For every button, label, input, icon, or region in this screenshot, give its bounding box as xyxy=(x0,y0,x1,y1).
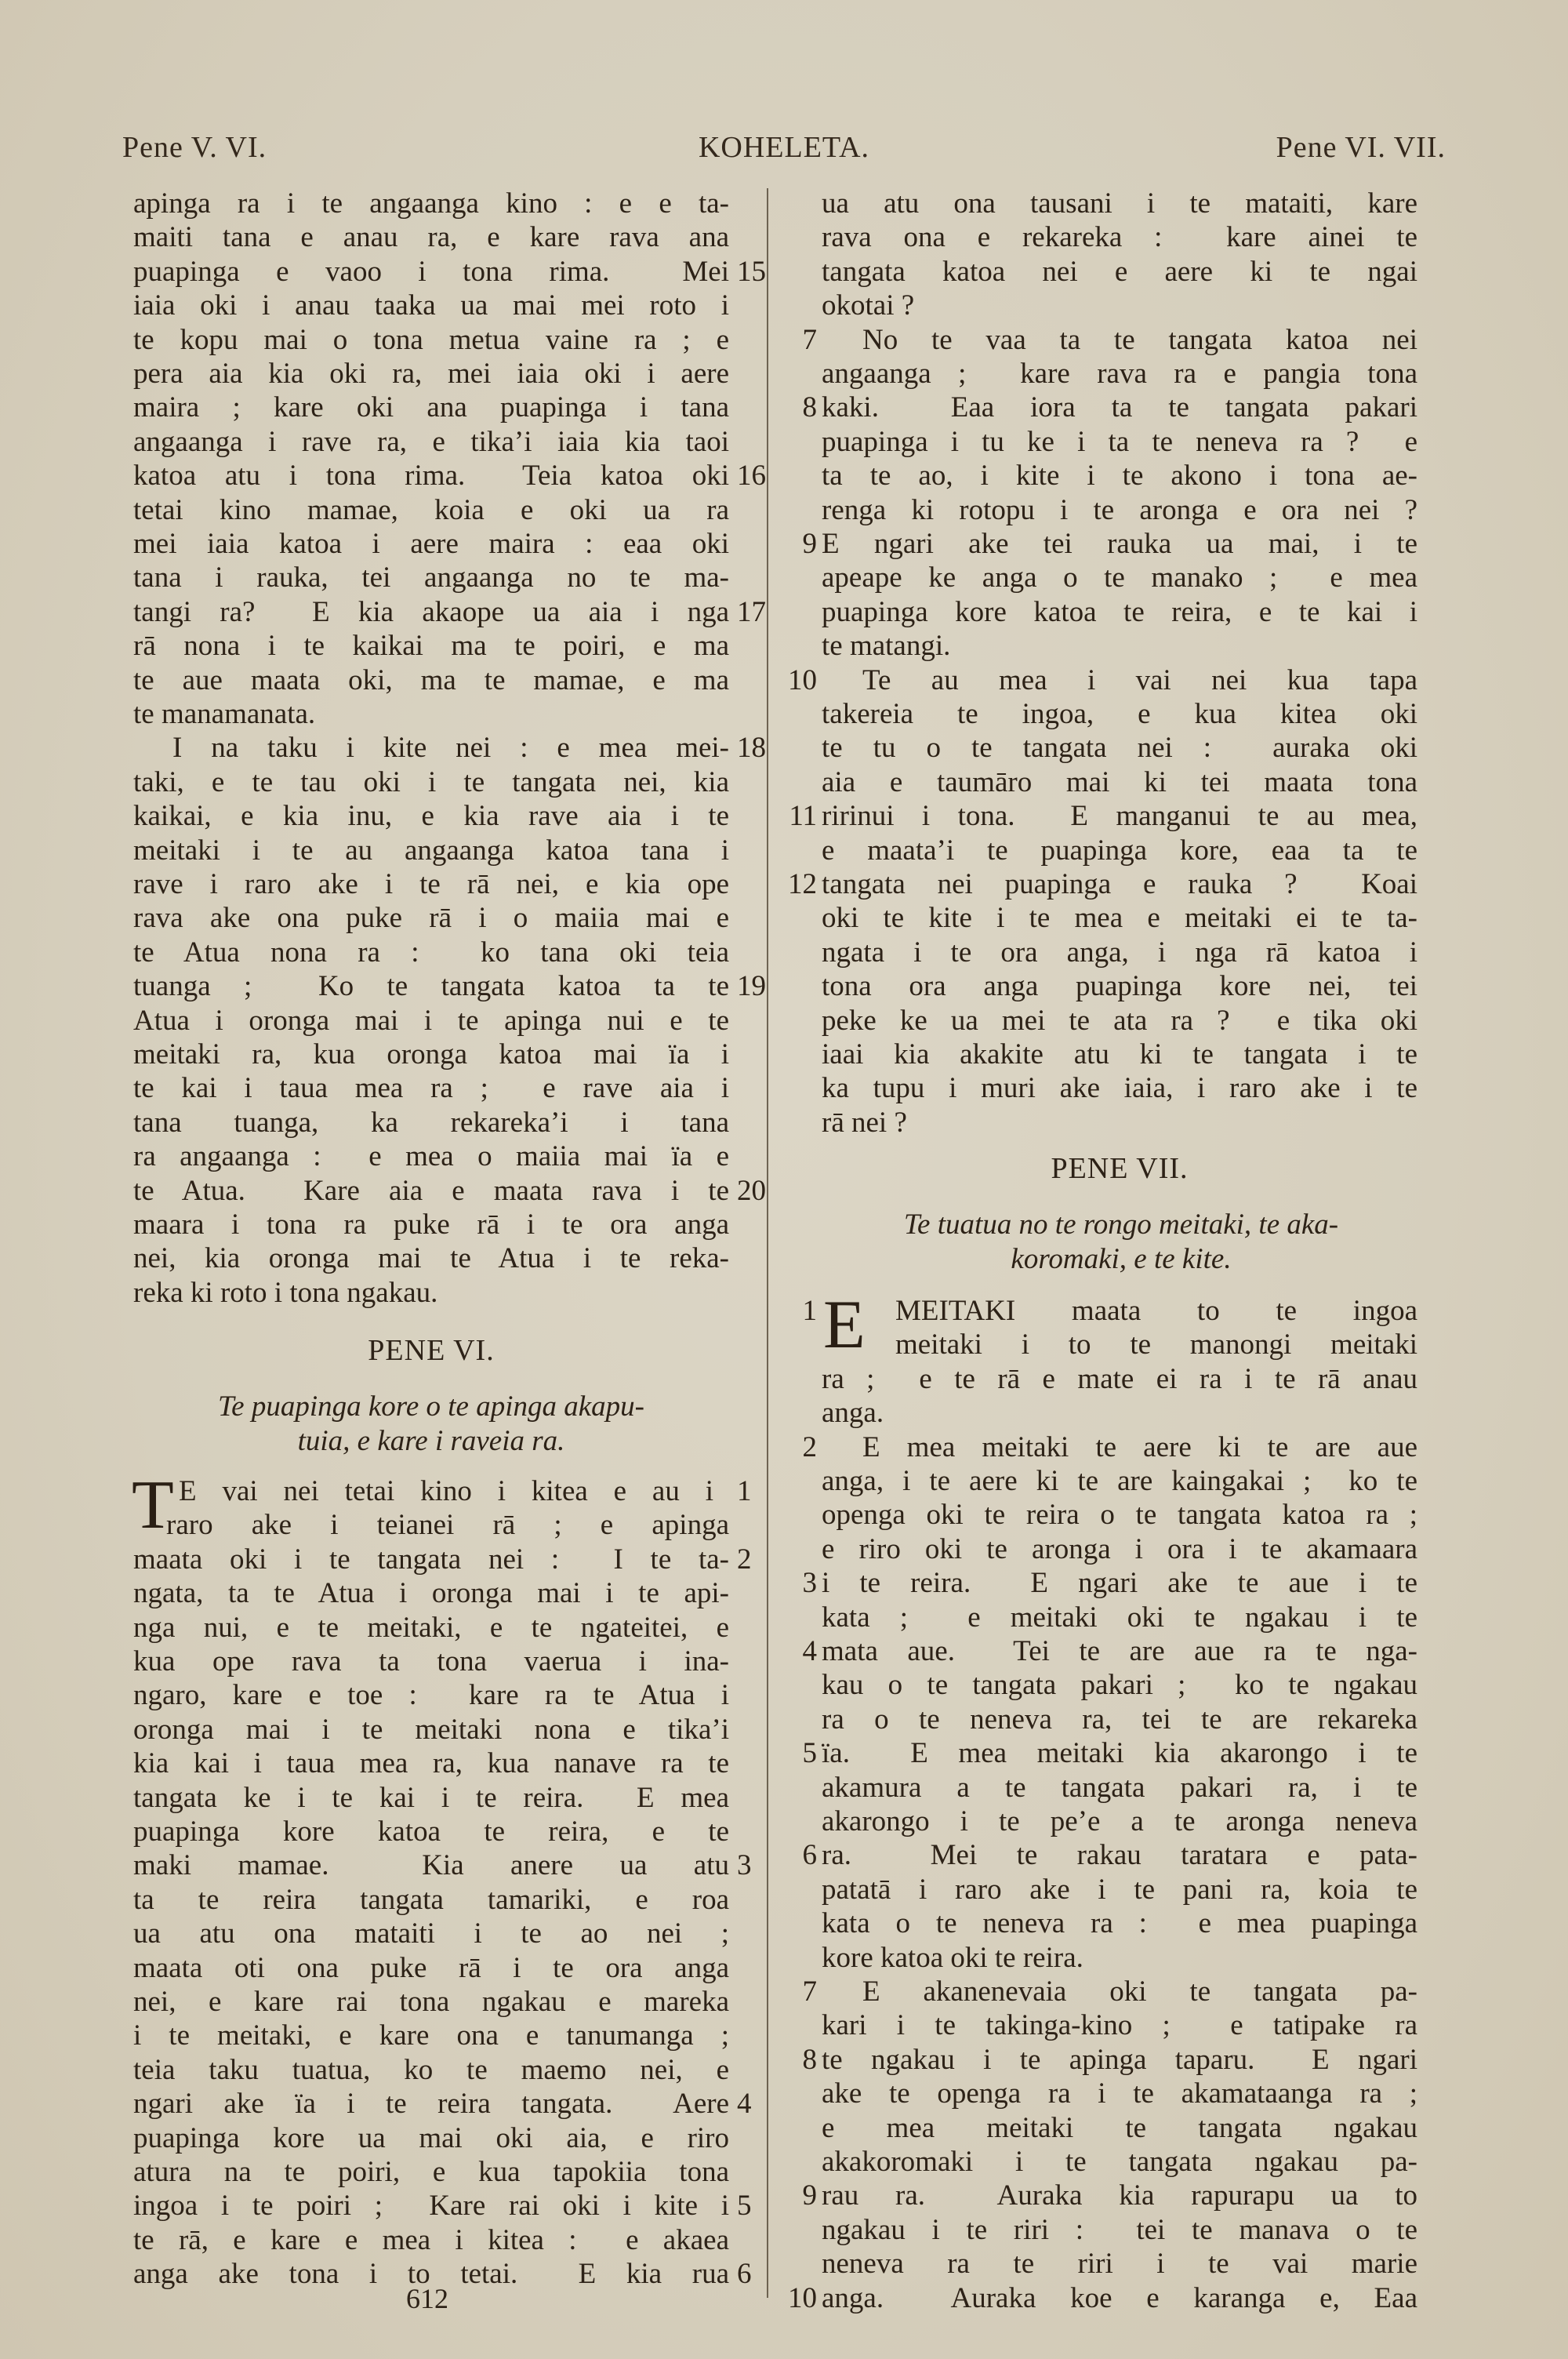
text-line: te Atua nona ra : ko tana oki teia xyxy=(133,936,729,970)
text-line: rā nei ? xyxy=(822,1106,1417,1140)
text-line: rau ra. Auraka kia rapurapu ua to xyxy=(822,2179,1417,2213)
text-line: kua ope rava ta tona vaerua i ina- xyxy=(133,1645,729,1679)
verse-number: 9 xyxy=(790,527,817,562)
text-line: te rā, e kare e mea i kitea : e akaea xyxy=(133,2223,729,2258)
text-line: rave i raro ake i te rā nei, e kia ope xyxy=(133,867,729,902)
text-line: oki te kite i te mea e meitaki ei te ta- xyxy=(822,901,1417,936)
text-line: nga nui, e te meitaki, e te ngateitei, e xyxy=(133,1611,729,1645)
text-line: anga, i te aere ki te are kaingakai ; ko… xyxy=(822,1464,1417,1499)
verse-number: 19 xyxy=(737,969,766,1004)
text-line: ka tupu i muri ake iaia, i raro ake i te xyxy=(822,1071,1417,1106)
text-line: ua atu ona tausani i te mataiti, kare xyxy=(822,187,1417,221)
text-line: tana tuanga, ka rekareka’i i tana xyxy=(133,1106,729,1140)
chapter-heading: PENE VII. xyxy=(822,1151,1417,1186)
text-line: nei, e kare rai tona ngakau e mareka xyxy=(133,1985,729,2019)
text-line: akarongo i te pe’e a te aronga neneva xyxy=(822,1805,1417,1839)
text-line: maata oki i te tangata nei : I te ta- xyxy=(133,1543,729,1577)
verse-number: 3 xyxy=(737,1848,752,1883)
text-line: reka ki roto i tona ngakau. xyxy=(133,1276,729,1310)
text-line: tangata katoa nei e aere ki te ngai xyxy=(822,255,1417,289)
text-line: tangata nei puapinga e rauka ? Koai xyxy=(822,867,1417,902)
text-line: puapinga e vaoo i tona rima. Mei xyxy=(133,255,729,289)
running-head-right-word: Pene xyxy=(1276,131,1338,164)
text-line: i te meitaki, e kare ona e tanumanga ; xyxy=(133,2019,729,2053)
text-line: ngata, ta te Atua i oronga mai i te api- xyxy=(133,1576,729,1611)
text-line: tangata ke i te kai i te reira. E mea xyxy=(133,1781,729,1816)
page-number: 612 xyxy=(0,2282,855,2315)
verse-number: 18 xyxy=(737,731,766,765)
text-line: ïa. E mea meitaki kia akarongo i te xyxy=(822,1736,1417,1771)
verse-number: 12 xyxy=(776,867,817,902)
text-line: kaki. Eaa iora ta te tangata pakari xyxy=(822,391,1417,425)
verse-number: 5 xyxy=(790,1736,817,1771)
text-line: katoa atu i tona rima. Teia katoa oki xyxy=(133,459,729,493)
text-line: E vai nei tetai kino i kitea e au i xyxy=(179,1474,713,1509)
text-line: iaai kia akakite atu ki te tangata i te xyxy=(822,1038,1417,1072)
chapter-heading: PENE VI. xyxy=(133,1333,729,1368)
text-line: anga. Auraka koe e karanga e, Eaa xyxy=(822,2281,1417,2316)
text-line: tangi ra? E kia akaope ua aia i nga xyxy=(133,595,729,630)
text-line: E akanenevaia oki te tangata pa- xyxy=(862,1975,1417,2009)
verse-number: 17 xyxy=(737,595,766,630)
text-line: puapinga i tu ke i ta te neneva ra ? e xyxy=(822,425,1417,460)
text-line: angaanga i rave ra, e tika’i iaia kia ta… xyxy=(133,425,729,460)
verse-number: 16 xyxy=(737,459,766,493)
text-line: E ngari ake tei rauka ua mai, i te xyxy=(822,527,1417,562)
text-line: te kopu mai o tona metua vaine ra ; e xyxy=(133,323,729,358)
verse-number: 6 xyxy=(790,1838,817,1873)
text-line: MEITAKI maata to te ingoa xyxy=(895,1294,1417,1329)
text-line: te Atua. Kare aia e maata rava i te xyxy=(133,1174,729,1209)
text-line: peke ke ua mei te ata ra ? e tika oki xyxy=(822,1004,1417,1038)
chapter-summary-line: tuia, e kare i raveia ra. xyxy=(125,1424,737,1459)
text-line: akamura a te tangata pakari ra, i te xyxy=(822,1771,1417,1805)
text-line: meitaki i te au angaanga katoa tana i xyxy=(133,834,729,868)
text-line: tana i rauka, tei angaanga no te ma- xyxy=(133,561,729,595)
verse-number: 1 xyxy=(790,1294,817,1329)
column-divider xyxy=(767,188,768,2298)
text-line: apinga ra i te angaanga kino : e e ta- xyxy=(133,187,729,221)
drop-cap: E xyxy=(823,1294,866,1357)
text-line: ta te ao, i kite i te akono i tona ae- xyxy=(822,459,1417,493)
verse-number: 15 xyxy=(737,255,766,289)
text-line: atura na te poiri, e kua tapokiia tona xyxy=(133,2155,729,2190)
text-line: ririnui i tona. E manganui te au mea, xyxy=(822,799,1417,834)
text-line: te matangi. xyxy=(822,629,1417,663)
verse-number: 2 xyxy=(790,1430,817,1465)
text-line: kau o te tangata pakari ; ko te ngakau xyxy=(822,1668,1417,1703)
text-line: teia taku tuatua, ko te maemo nei, e xyxy=(133,2053,729,2088)
verse-number: 4 xyxy=(737,2087,752,2121)
verse-number: 11 xyxy=(776,799,817,834)
verse-number: 4 xyxy=(790,1634,817,1669)
text-line: te manamanata. xyxy=(133,697,729,732)
text-line: iaia oki i anau taaka ua mai mei roto i xyxy=(133,289,729,323)
running-head-right-chapters: VI. VII. xyxy=(1345,131,1446,164)
text-line: Te au mea i vai nei kua tapa xyxy=(862,663,1417,698)
text-line: okotai ? xyxy=(822,289,1417,323)
text-line: maiti tana e anau ra, e kare rava ana xyxy=(133,220,729,255)
text-line: maara i tona ra puke rā i te ora anga xyxy=(133,1208,729,1242)
text-line: patatā i raro ake i te pani ra, koia te xyxy=(822,1873,1417,1907)
text-line: e maata’i te puapinga kore, eaa ta te xyxy=(822,834,1417,868)
chapter-summary-line: Te puapinga kore o te apinga akapu- xyxy=(125,1390,737,1424)
text-line: puapinga kore katoa te reira, e te kai i xyxy=(822,595,1417,630)
text-line: ra angaanga : e mea o maiia mai ïa e xyxy=(133,1140,729,1174)
text-line: tetai kino mamae, koia e oki ua ra xyxy=(133,493,729,528)
text-line: tona ora anga puapinga kore nei, tei xyxy=(822,969,1417,1004)
text-line: ngakau i te riri : tei te manava o te xyxy=(822,2213,1417,2248)
verse-number: 9 xyxy=(790,2179,817,2213)
text-line: rava ona e rekareka : kare ainei te xyxy=(822,220,1417,255)
text-line: rava ake ona puke rā i o maiia mai e xyxy=(133,901,729,936)
text-line: takereia te ingoa, e kua kitea oki xyxy=(822,697,1417,732)
chapter-summary-line: Te tuatua no te rongo meitaki, te aka- xyxy=(815,1208,1427,1242)
text-line: taki, e te tau oki i te tangata nei, kia xyxy=(133,765,729,800)
text-line: e riro oki te aronga i ora i te akamaara xyxy=(822,1532,1417,1567)
text-line: meitaki i to te manongi meitaki xyxy=(895,1328,1417,1362)
text-line: anga. xyxy=(822,1396,1417,1430)
text-line: te kai i taua mea ra ; e rave aia i xyxy=(133,1071,729,1106)
text-line: ta te reira tangata tamariki, e roa xyxy=(133,1883,729,1917)
verse-number: 10 xyxy=(776,663,817,698)
text-line: kore katoa oki te reira. xyxy=(822,1941,1417,1976)
text-line: akakoromaki i te tangata ngakau pa- xyxy=(822,2145,1417,2179)
text-line: kata ; e meitaki oki te ngakau i te xyxy=(822,1601,1417,1635)
text-line: kata o te neneva ra : e mea puapinga xyxy=(822,1906,1417,1941)
text-line: meitaki ra, kua oronga katoa mai ïa i xyxy=(133,1038,729,1072)
text-line: No te vaa ta te tangata katoa nei xyxy=(862,323,1417,358)
text-line: puapinga kore ua mai oki aia, e riro xyxy=(133,2121,729,2156)
text-line: kia kai i taua mea ra, kua nanave ra te xyxy=(133,1747,729,1781)
text-line: ra. Mei te rakau taratara e pata- xyxy=(822,1838,1417,1873)
book-page: Pene V. VI. KOHELETA. Pene VI. VII. apin… xyxy=(0,0,1568,2359)
verse-number: 5 xyxy=(737,2189,752,2223)
verse-number: 2 xyxy=(737,1543,752,1577)
text-line: te aue maata oki, ma te mamae, e ma xyxy=(133,663,729,698)
text-line: kari i te takinga-kino ; e tatipake ra xyxy=(822,2008,1417,2043)
text-line: te ngakau i te apinga taparu. E ngari xyxy=(822,2043,1417,2077)
verse-number: 8 xyxy=(790,2043,817,2077)
verse-number: 1 xyxy=(737,1474,752,1509)
text-line: mei iaia katoa i aere maira : eaa oki xyxy=(133,527,729,562)
text-line: ngaro, kare e toe : kare ra te Atua i xyxy=(133,1678,729,1713)
text-line: ake te openga ra i te akamataanga ra ; xyxy=(822,2077,1417,2111)
text-line: ra o te neneva ra, tei te are rekareka xyxy=(822,1703,1417,1737)
verse-number: 7 xyxy=(790,323,817,358)
text-line: apeape ke anga o te manako ; e mea xyxy=(822,561,1417,595)
text-line: ngari ake ïa i te reira tangata. Aere xyxy=(133,2087,729,2121)
text-line: maata oti ona puke rā i te ora anga xyxy=(133,1951,729,1986)
text-line: nei, kia oronga mai te Atua i te reka- xyxy=(133,1241,729,1276)
text-line: oronga mai i te meitaki nona e tika’i xyxy=(133,1713,729,1747)
verse-number: 20 xyxy=(737,1174,766,1209)
text-line: puapinga kore katoa te reira, e te xyxy=(133,1815,729,1849)
text-line: E mea meitaki te aere ki te are aue xyxy=(862,1430,1417,1465)
text-line: I na taku i kite nei : e mea mei- xyxy=(172,731,729,765)
text-line: ua atu ona mataiti i te ao nei ; xyxy=(133,1917,729,1951)
text-line: Atua i oronga mai i te apinga nui e te xyxy=(133,1004,729,1038)
text-line: angaanga ; kare rava ra e pangia tona xyxy=(822,357,1417,391)
verse-number: 7 xyxy=(790,1975,817,2009)
chapter-summary-line: koromaki, e te kite. xyxy=(815,1242,1427,1277)
text-line: mata aue. Tei te are aue ra te nga- xyxy=(822,1634,1417,1669)
text-line: i te reira. E ngari ake te aue i te xyxy=(822,1566,1417,1601)
text-line: openga oki te reira o te tangata katoa r… xyxy=(822,1498,1417,1532)
text-line: rā nona i te kaikai ma te poiri, e ma xyxy=(133,629,729,663)
text-line: pera aia kia oki ra, mei iaia oki i aere xyxy=(133,357,729,391)
verse-number: 3 xyxy=(790,1566,817,1601)
text-line: kaikai, e kia inu, e kia rave aia i te xyxy=(133,799,729,834)
text-line: maira ; kare oki ana puapinga i tana xyxy=(133,391,729,425)
text-line: aia e taumāro mai ki tei maata tona xyxy=(822,765,1417,800)
text-line: tuanga ; Ko te tangata katoa ta te xyxy=(133,969,729,1004)
text-line: ra ; e te rā e mate ei ra i te rā anau xyxy=(822,1362,1417,1397)
running-head-right: Pene VI. VII. xyxy=(1276,130,1446,165)
text-line: e mea meitaki te tangata ngakau xyxy=(822,2111,1417,2146)
text-line: maki mamae. Kia anere ua atu xyxy=(133,1848,729,1883)
text-line: neneva ra te riri i te vai marie xyxy=(822,2247,1417,2281)
text-line: te tu o te tangata nei : auraka oki xyxy=(822,731,1417,765)
text-line: ingoa i te poiri ; Kare rai oki i kite i xyxy=(133,2189,729,2223)
verse-number: 8 xyxy=(790,391,817,425)
text-line: ngata i te ora anga, i nga rā katoa i xyxy=(822,936,1417,970)
text-line: raro ake i teianei rā ; e apinga xyxy=(166,1508,729,1543)
text-line: renga ki rotopu i te aronga e ora nei ? xyxy=(822,493,1417,528)
